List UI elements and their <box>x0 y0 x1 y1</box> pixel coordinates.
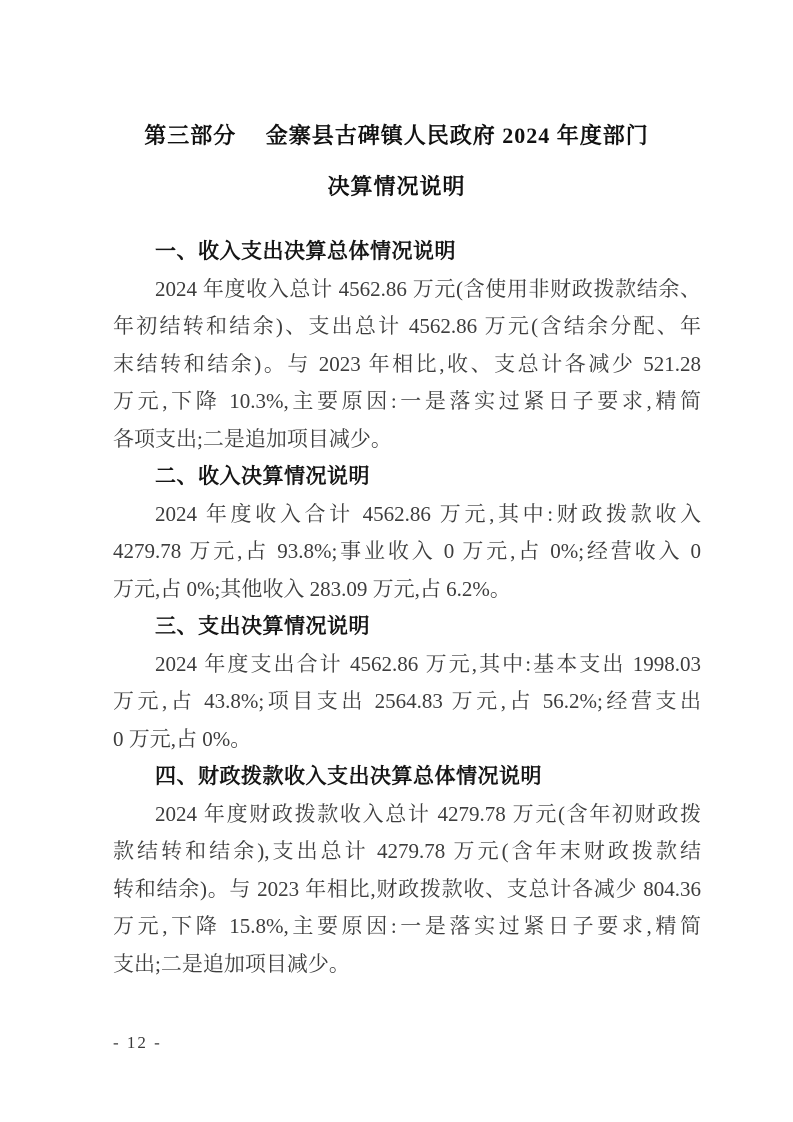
section-2-heading: 二、收入决算情况说明 <box>113 458 701 496</box>
section-1-paragraph-line: 万元,下降 10.3%,主要原因:一是落实过紧日子要求,精简 <box>113 383 701 421</box>
document-page: 第三部分 金寨县古碑镇人民政府 2024 年度部门 决算情况说明 一、收入支出决… <box>0 0 793 1122</box>
section-4-paragraph-line: 款结转和结余),支出总计 4279.78 万元(含年末财政拨款结 <box>113 833 701 871</box>
document-title-line1: 第三部分 金寨县古碑镇人民政府 2024 年度部门 <box>113 110 680 161</box>
section-3-paragraph-line: 2024 年度支出合计 4562.86 万元,其中:基本支出 1998.03 <box>113 646 701 684</box>
document-title: 第三部分 金寨县古碑镇人民政府 2024 年度部门 决算情况说明 <box>113 0 680 212</box>
page-number: - 12 - <box>113 1033 793 1053</box>
section-4-paragraph-line: 支出;二是追加项目减少。 <box>113 946 701 984</box>
section-2-paragraph-line: 万元,占 0%;其他收入 283.09 万元,占 6.2%。 <box>113 571 701 609</box>
section-1-paragraph-line: 年初结转和结余)、支出总计 4562.86 万元(含结余分配、年 <box>113 308 701 346</box>
section-3-paragraph-line: 0 万元,占 0%。 <box>113 721 701 759</box>
section-3-paragraph-line: 万元,占 43.8%;项目支出 2564.83 万元,占 56.2%;经营支出 <box>113 683 701 721</box>
section-4-paragraph-line: 万元,下降 15.8%,主要原因:一是落实过紧日子要求,精简 <box>113 908 701 946</box>
section-4-heading: 四、财政拨款收入支出决算总体情况说明 <box>113 758 701 796</box>
document-body: 一、收入支出决算总体情况说明 2024 年度收入总计 4562.86 万元(含使… <box>113 233 701 983</box>
section-4-paragraph-line: 转和结余)。与 2023 年相比,财政拨款收、支总计各减少 804.36 <box>113 871 701 909</box>
document-title-line2: 决算情况说明 <box>113 161 680 212</box>
section-2-paragraph-line: 2024 年度收入合计 4562.86 万元,其中:财政拨款收入 <box>113 496 701 534</box>
section-3-heading: 三、支出决算情况说明 <box>113 608 701 646</box>
section-2-paragraph-line: 4279.78 万元,占 93.8%;事业收入 0 万元,占 0%;经营收入 0 <box>113 533 701 571</box>
section-1-heading: 一、收入支出决算总体情况说明 <box>113 233 701 271</box>
section-4-paragraph-line: 2024 年度财政拨款收入总计 4279.78 万元(含年初财政拨 <box>113 796 701 834</box>
section-1-paragraph-line: 各项支出;二是追加项目减少。 <box>113 421 701 459</box>
section-1-paragraph-line: 末结转和结余)。与 2023 年相比,收、支总计各减少 521.28 <box>113 346 701 384</box>
section-1-paragraph-line: 2024 年度收入总计 4562.86 万元(含使用非财政拨款结余、 <box>113 271 701 309</box>
